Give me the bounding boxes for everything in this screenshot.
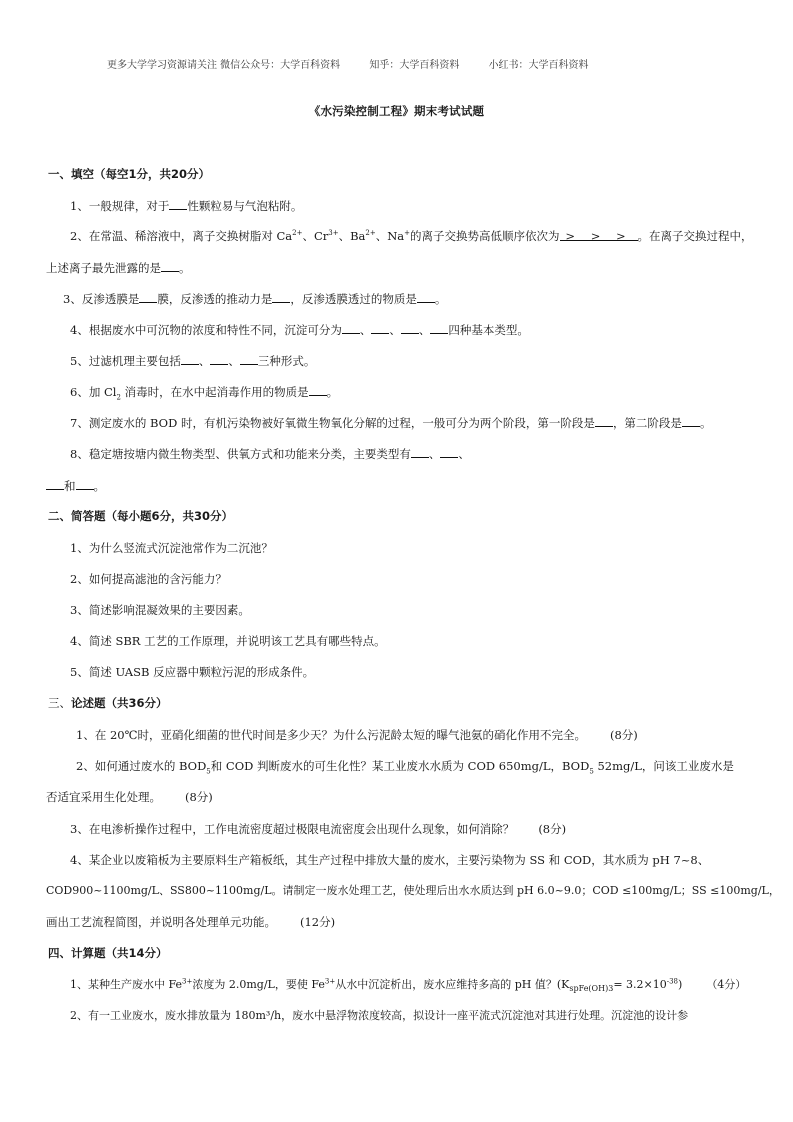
question-3-2: 2、如何通过废水的 BOD5和 COD 判断废水的可生化性？某工业废水水质为 C… bbox=[76, 759, 734, 773]
question-2-5: 5、简述 UASB 反应器中颗粒污泥的形成条件。 bbox=[70, 665, 314, 679]
answer-blank bbox=[210, 353, 228, 365]
answer-blank bbox=[401, 322, 419, 334]
question-2-2: 2、如何提高滤池的含污能力？ bbox=[70, 572, 227, 586]
answer-blank bbox=[76, 478, 94, 490]
answer-blank bbox=[169, 198, 187, 210]
section-heading-calculation: 四、计算题（共14分） bbox=[48, 946, 168, 960]
question-3-4-line2: COD900~1100mg/L、SS800~1100mg/L。请制定一废水处理工… bbox=[46, 884, 780, 898]
question-3-1: 1、在 20℃时，亚硝化细菌的世代时间是多少天？为什么污泥龄太短的曝气池氨的硝化… bbox=[76, 728, 638, 742]
xiaohongshu-text: 小红书：大学百科资料 bbox=[489, 56, 589, 71]
section-heading-essay: 三、论述题（共36分） bbox=[48, 696, 168, 710]
section-heading-short-answer: 二、简答题（每小题6分，共30分） bbox=[48, 509, 233, 523]
exam-title: 《水污染控制工程》期末考试试题 bbox=[0, 103, 793, 119]
answer-blank bbox=[161, 260, 179, 272]
question-2-1: 1、为什么竖流式沉淀池常作为二沉池？ bbox=[70, 541, 273, 555]
score-label: (8分) bbox=[185, 790, 213, 804]
answer-blank bbox=[139, 291, 157, 303]
answer-blank bbox=[371, 322, 389, 334]
question-2-3: 3、简述影响混凝效果的主要因素。 bbox=[70, 603, 250, 617]
question-1-6: 6、加 Cl2 消毒时，在水中起消毒作用的物质是。 bbox=[70, 384, 338, 399]
zhihu-text: 知乎：大学百科资料 bbox=[369, 56, 459, 71]
answer-blank bbox=[309, 384, 327, 396]
question-3-4: 4、某企业以废箱板为主要原料生产箱板纸，其生产过程中排放大量的废水，主要污染物为… bbox=[70, 853, 709, 867]
question-3-2-cont: 否适宜采用生化处理。(8分) bbox=[46, 790, 213, 804]
answer-blank bbox=[682, 415, 700, 427]
answer-blank bbox=[181, 353, 199, 365]
answer-blank bbox=[440, 446, 458, 458]
answer-blank bbox=[272, 291, 290, 303]
question-1-7: 7、测定废水的 BOD 时，有机污染物被好氧微生物氧化分解的过程，一般可分为两个… bbox=[70, 415, 711, 430]
answer-blank bbox=[411, 446, 429, 458]
question-4-1: 1、某种生产废水中 Fe3+浓度为 2.0mg/L，要使 Fe3+从水中沉淀析出… bbox=[70, 978, 746, 992]
header-promo-note: 更多大学学习资源请关注 微信公众号：大学百科资料 知乎：大学百科资料 小红书：大… bbox=[107, 56, 589, 71]
question-1-4: 4、根据废水中可沉物的浓度和特性不同，沉淀可分为、、、四种基本类型。 bbox=[70, 322, 529, 337]
question-3-3: 3、在电渗析操作过程中，工作电流密度超过极限电流密度会出现什么现象，如何消除？(… bbox=[70, 822, 566, 836]
question-1-8-cont: 和。 bbox=[46, 478, 105, 493]
score-label: （4分） bbox=[706, 978, 746, 991]
question-2-4: 4、简述 SBR 工艺的工作原理，并说明该工艺具有哪些特点。 bbox=[70, 634, 386, 648]
promo-text: 更多大学学习资源请关注 微信公众号：大学百科资料 bbox=[107, 56, 340, 71]
answer-blank bbox=[430, 322, 448, 334]
question-1-8: 8、稳定塘按塘内微生物类型、供氧方式和功能来分类，主要类型有、、 bbox=[70, 446, 470, 461]
question-1-5: 5、过滤机理主要包括、、三种形式。 bbox=[70, 353, 315, 368]
answer-blank bbox=[595, 415, 613, 427]
score-label: (8分) bbox=[610, 728, 638, 742]
answer-blank bbox=[417, 291, 435, 303]
score-label: (8分) bbox=[538, 822, 566, 836]
question-1-1: 1、一般规律，对于性颗粒易与气泡粘附。 bbox=[70, 198, 302, 213]
question-3-4-line3: 画出工艺流程简图，并说明各处理单元功能。(12分) bbox=[46, 915, 335, 929]
answer-blank bbox=[240, 353, 258, 365]
answer-blank bbox=[342, 322, 360, 334]
answer-blank-order: > > > bbox=[560, 229, 638, 241]
question-1-2-cont: 上述离子最先泄露的是。 bbox=[46, 260, 191, 275]
section-heading-fill-in: 一、填空（每空1分，共20分） bbox=[48, 167, 210, 181]
score-label: (12分) bbox=[300, 915, 335, 929]
question-4-2: 2、有一工业废水，废水排放量为 180m³/h，废水中悬浮物浓度较高，拟设计一座… bbox=[70, 1009, 688, 1023]
question-1-2: 2、在常温、稀溶液中，离子交换树脂对 Ca2+、Cr3+、Ba2+、Na+的离子… bbox=[70, 229, 753, 243]
question-1-3: 3、反渗透膜是膜，反渗透的推动力是，反渗透膜透过的物质是。 bbox=[63, 291, 446, 306]
answer-blank bbox=[46, 478, 64, 490]
